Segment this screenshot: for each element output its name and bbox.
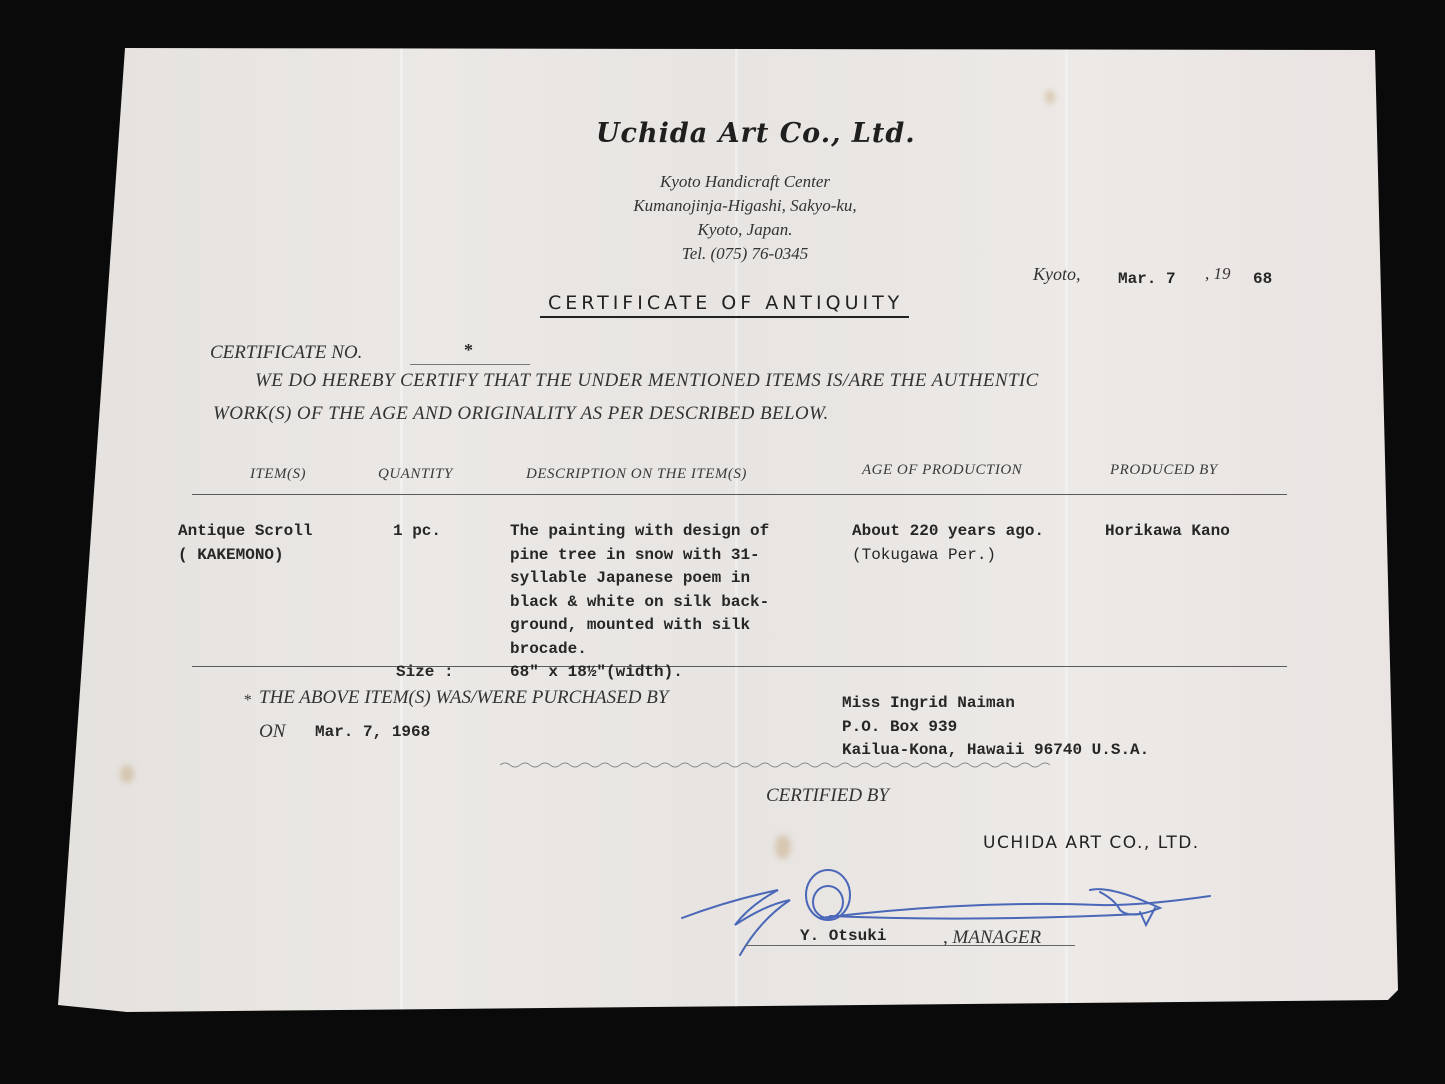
table-bottom-rule [192, 666, 1287, 667]
age-period-line: (Tokugawa Per.) [852, 544, 1044, 568]
date-month-day: Mar. 7 [1118, 268, 1176, 292]
purchase-on-label: ON [259, 721, 285, 743]
phone-line: Tel. (075) 76-0345 [560, 242, 930, 266]
date-place: Kyoto, [1033, 264, 1081, 285]
purchaser-city: Kailua-Kona, Hawaii 96740 U.S.A. [842, 739, 1149, 763]
signer-role: , MANAGER [943, 927, 1041, 949]
certified-by-label: CERTIFIED BY [766, 785, 889, 807]
size-label: Size : [396, 661, 454, 685]
age-line: About 220 years ago. [852, 520, 1044, 544]
purchaser-name: Miss Ingrid Naiman [842, 692, 1149, 716]
item-age: About 220 years ago. (Tokugawa Per.) [852, 520, 1044, 567]
certification-statement-line2: WORK(S) OF THE AGE AND ORIGINALITY AS PE… [213, 403, 829, 425]
item-type-line: ( KAKEMONO) [178, 544, 312, 568]
description-line: ground, mounted with silk [510, 614, 769, 638]
item-produced-by: Horikawa Kano [1105, 520, 1230, 544]
item-name: Antique Scroll ( KAKEMONO) [178, 520, 312, 567]
date-century: , 19 [1205, 264, 1231, 284]
header-produced-by: PRODUCED BY [1110, 462, 1218, 479]
header-description: DESCRIPTION ON THE ITEM(S) [526, 466, 747, 483]
signer-name: Y. Otsuki [800, 925, 886, 949]
certification-statement-line1: WE DO HEREBY CERTIFY THAT THE UNDER MENT… [255, 370, 1039, 392]
date-year: 68 [1253, 268, 1272, 292]
purchaser-address: Miss Ingrid Naiman P.O. Box 939 Kailua-K… [842, 692, 1149, 763]
certifying-company: UCHIDA ART CO., LTD. [983, 833, 1200, 853]
address-line: Kyoto, Japan. [560, 218, 930, 242]
header-age: AGE OF PRODUCTION [862, 462, 1022, 479]
description-line: pine tree in snow with 31- [510, 544, 769, 568]
address-line: Kumanojinja-Higashi, Sakyo-ku, [560, 194, 930, 218]
paper-stain [1045, 90, 1055, 104]
item-name-line: Antique Scroll [178, 520, 312, 544]
description-line: brocade. [510, 638, 769, 662]
company-logo-text: Uchida Art Co., Ltd. [596, 118, 916, 149]
address-line: Kyoto Handicraft Center [560, 170, 930, 194]
certificate-no-underline [410, 364, 530, 365]
item-quantity: 1 pc. [393, 520, 441, 544]
purchaser-po-box: P.O. Box 939 [842, 716, 1149, 740]
description-line: The painting with design of [510, 520, 769, 544]
header-items: ITEM(S) [250, 466, 306, 483]
description-line: syllable Japanese poem in [510, 567, 769, 591]
certificate-no-value: * [464, 340, 473, 361]
description-line: black & white on silk back- [510, 591, 769, 615]
purchase-date: Mar. 7, 1968 [315, 721, 430, 745]
paper-stain [775, 835, 791, 859]
purchase-statement: THE ABOVE ITEM(S) WAS/WERE PURCHASED BY [259, 687, 668, 709]
document-title: CERTIFICATE OF ANTIQUITY [540, 292, 909, 318]
wavy-underline [500, 760, 1060, 770]
letterhead-address: Kyoto Handicraft Center Kumanojinja-Higa… [560, 170, 930, 266]
item-description: The painting with design of pine tree in… [510, 520, 769, 661]
header-quantity: QUANTITY [378, 466, 453, 483]
size-value: 68" x 18½"(width). [510, 661, 683, 685]
certificate-no-label: CERTIFICATE NO. [210, 342, 362, 364]
purchase-asterisk: * [243, 692, 251, 710]
header-rule [192, 494, 1287, 495]
paper-stain [120, 765, 134, 783]
